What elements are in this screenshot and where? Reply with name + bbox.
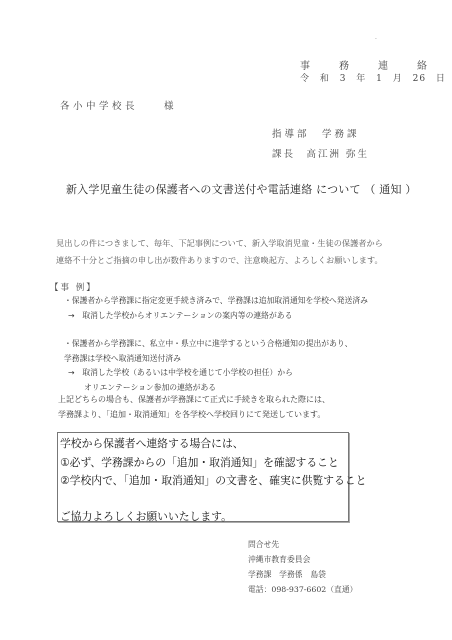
corner-mark: ·	[375, 36, 377, 43]
summary-line: 学務課より、「追加・取消通知」を各学校へ学校回りにて発送しています。	[58, 408, 330, 423]
heading-char: 事	[300, 57, 339, 72]
sender-department: 指導部 学務課	[272, 126, 360, 140]
intro-line: 見出しの件につきまして、毎年、下記事例について、新入学取消児童・生徒の保護者から	[56, 235, 383, 252]
notice-item-2: ②学校内で、「追加・取消通知」の文書を、確実に供覧すること	[60, 472, 348, 491]
addressee: 各小中学校長 様	[60, 98, 177, 112]
examples-heading: 【事 例】	[50, 281, 97, 293]
notice-item-1: ①必ず、学務課からの「追加・取消通知」を確認すること	[60, 454, 348, 473]
example-case-1: ・保護者から学務課に指定変更手続き済みで、学務課は追加取消通知を学校へ発送済み …	[64, 294, 368, 323]
example-line: ・保護者から学務課に指定変更手続き済みで、学務課は追加取消通知を学校へ発送済み	[64, 294, 368, 309]
document-title: 新入学児童生徒の保護者への文書送付や電話連絡 について （ 通知 ）	[66, 181, 417, 197]
contact-label: 問合せ先	[248, 537, 357, 552]
contact-phone: 電話：098-937-6602（直通）	[248, 582, 357, 597]
memo-type-heading: 事務連絡	[300, 57, 427, 72]
document-date: 令 和 3 年 1 月 26 日	[300, 71, 446, 84]
contact-org: 沖縄市教育委員会	[248, 552, 357, 567]
heading-char: 連	[378, 57, 417, 72]
example-arrow-line: → 取消した学校からオリエンテーションの案内等の連絡がある	[64, 309, 368, 324]
notice-box: 学校から保護者へ連絡する場合には、 ①必ず、学務課からの「追加・取消通知」を確認…	[57, 432, 349, 522]
sender-name: 課長 高江洲 弥生	[272, 146, 369, 160]
summary-paragraph: 上記どちらの場合も、保護者が学務課にて正式に手続きを取られた際には、 学務課より…	[58, 393, 330, 422]
notice-spacer	[60, 491, 348, 508]
contact-block: 問合せ先 沖縄市教育委員会 学務課 学務係 島袋 電話：098-937-6602…	[248, 537, 357, 597]
notice-closing: ご協力よろしくお願いいたします。	[60, 508, 348, 527]
intro-line: 連絡不十分とご指摘の申し出が数件ありますので、注意喚起方、よろしくお願いします。	[56, 252, 383, 269]
contact-section: 学務課 学務係 島袋	[248, 567, 357, 582]
notice-line: 学校から保護者へ連絡する場合には、	[60, 435, 348, 454]
heading-char: 絡	[417, 57, 427, 72]
example-line: ・保護者から学務課に、私立中・県立中に進学するという合格通知の提出があり、	[64, 337, 352, 352]
summary-line: 上記どちらの場合も、保護者が学務課にて正式に手続きを取られた際には、	[58, 393, 330, 408]
example-line: 学務課は学校へ取消通知送付済み	[64, 352, 352, 367]
example-case-2: ・保護者から学務課に、私立中・県立中に進学するという合格通知の提出があり、 学務…	[64, 337, 352, 395]
intro-paragraph: 見出しの件につきまして、毎年、下記事例について、新入学取消児童・生徒の保護者から…	[56, 235, 383, 269]
example-arrow-line: → 取消した学校（あるいは中学校を通じて小学校の担任）から	[64, 366, 352, 381]
heading-char: 務	[339, 57, 378, 72]
